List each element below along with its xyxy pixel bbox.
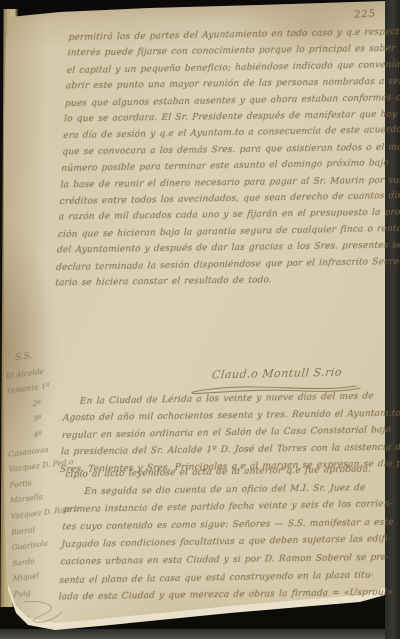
- main-text-block-1: permitirá los de partes del Ayuntamiento…: [55, 24, 400, 292]
- attendees-margin-note: S.S.El AlcaldeTeniente 1º2º3º4ºCasanovas…: [5, 345, 75, 603]
- manuscript-photo: 225 permitirá los de partes del Ayuntami…: [0, 0, 400, 639]
- table-edge-strip: [0, 629, 400, 639]
- margin-flourish-icon: [18, 598, 68, 624]
- folio-number: 225: [354, 8, 377, 21]
- text-line: lada de esta Ciudad y que merezca de obr…: [58, 585, 393, 607]
- session-business-paragraph: cipio al acto leyéndose el acta de la an…: [58, 461, 400, 607]
